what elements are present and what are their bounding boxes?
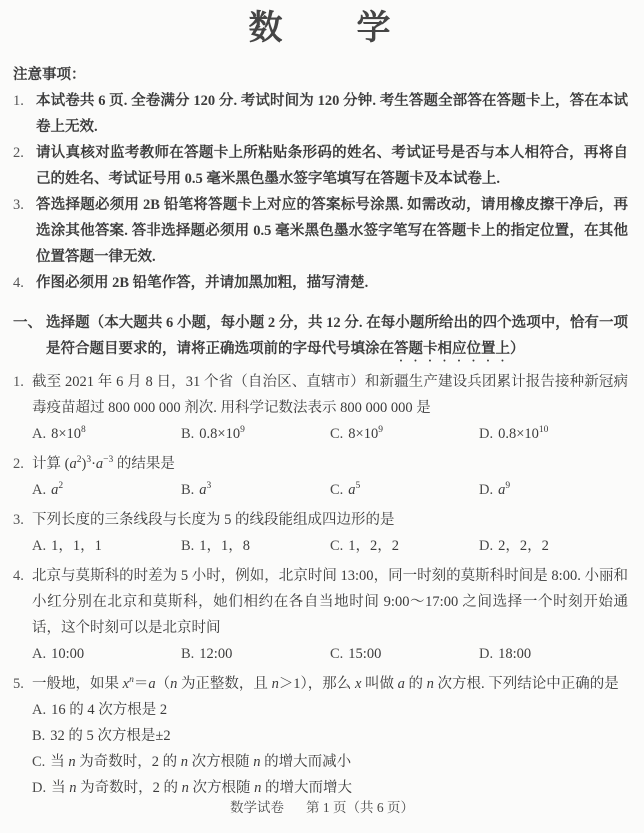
page-footer: 数学试卷第 1 页（共 6 页） bbox=[0, 795, 644, 821]
question-4: 4. 北京与莫斯科的时差为 5 小时，例如，北京时间 13:00，同一时刻的莫斯… bbox=[13, 563, 628, 667]
notice-item: 4. 作图必须用 2B 铅笔作答，并请加黑加粗，描写清楚. bbox=[13, 270, 628, 296]
option-label: A. bbox=[32, 426, 46, 442]
notice-item: 1. 本试卷共 6 页. 全卷满分 120 分. 考试时间为 120 分钟. 考… bbox=[13, 88, 628, 140]
option-text: a5 bbox=[348, 482, 360, 498]
option-label: B. bbox=[181, 646, 194, 662]
option-text: 当 n 为奇数时，2 的 n 次方根随 n 的增大而减小 bbox=[50, 754, 351, 770]
option-label: A. bbox=[32, 538, 46, 554]
option-A: A.16 的 4 次方根是 2 bbox=[32, 697, 628, 723]
option-label: C. bbox=[330, 538, 343, 554]
question-stem: 下列长度的三条线段与长度为 5 的线段能组成四边形的是 bbox=[32, 507, 628, 533]
option-text: 32 的 5 次方根是±2 bbox=[50, 728, 170, 744]
option-label: C. bbox=[330, 482, 343, 498]
option-text: a2 bbox=[51, 482, 63, 498]
option-label: C. bbox=[330, 646, 343, 662]
option-A: A.a2 bbox=[32, 477, 181, 503]
option-label: C. bbox=[330, 426, 343, 442]
option-A: A.10:00 bbox=[32, 641, 181, 667]
option-label: B. bbox=[181, 426, 194, 442]
option-label: A. bbox=[32, 482, 46, 498]
question-stem: 北京与莫斯科的时差为 5 小时，例如，北京时间 13:00，同一时刻的莫斯科时间… bbox=[32, 563, 628, 641]
options-row: A.8×108 B.0.8×109 C.8×109 D.0.8×1010 bbox=[13, 421, 628, 447]
option-label: D. bbox=[479, 482, 493, 498]
question-number: 4. bbox=[13, 563, 32, 641]
question-number: 3. bbox=[13, 507, 32, 533]
option-label: C. bbox=[32, 754, 45, 770]
options-row: A.1，1，1 B.1，1，8 C.1，2，2 D.2，2，2 bbox=[13, 533, 628, 559]
option-label: D. bbox=[479, 538, 493, 554]
option-text: 10:00 bbox=[51, 646, 84, 662]
option-label: B. bbox=[181, 482, 194, 498]
option-label: B. bbox=[32, 728, 45, 744]
option-C: C.1，2，2 bbox=[330, 533, 479, 559]
notice-item-text: 作图必须用 2B 铅笔作答，并请加黑加粗，描写清楚. bbox=[36, 270, 628, 296]
option-text: 1，1，8 bbox=[199, 538, 250, 554]
option-text: 1，1，1 bbox=[51, 538, 102, 554]
option-text: 0.8×1010 bbox=[498, 426, 548, 442]
section-heading-text: 选择题（本大题共 6 小题，每小题 2 分，共 12 分. 在每小题所给出的四个… bbox=[46, 310, 628, 365]
option-C: C.a5 bbox=[330, 477, 479, 503]
option-D: D.18:00 bbox=[479, 641, 628, 667]
options-row: A.a2 B.a3 C.a5 D.a9 bbox=[13, 477, 628, 503]
footer-doc-name: 数学试卷 bbox=[230, 800, 284, 815]
options-row: A.10:00 B.12:00 C.15:00 D.18:00 bbox=[13, 641, 628, 667]
option-text: 18:00 bbox=[498, 646, 531, 662]
question-stem: 截至 2021 年 6 月 8 日，31 个省（自治区、直辖市）和新疆生产建设兵… bbox=[32, 369, 628, 421]
option-text: 15:00 bbox=[348, 646, 381, 662]
option-text: 16 的 4 次方根是 2 bbox=[51, 702, 167, 718]
question-3: 3. 下列长度的三条线段与长度为 5 的线段能组成四边形的是 A.1，1，1 B… bbox=[13, 507, 628, 559]
option-A: A.8×108 bbox=[32, 421, 181, 447]
question-1: 1. 截至 2021 年 6 月 8 日，31 个省（自治区、直辖市）和新疆生产… bbox=[13, 369, 628, 447]
notice-item: 3. 答选择题必须用 2B 铅笔将答题卡上对应的答案标号涂黑. 如需改动，请用橡… bbox=[13, 192, 628, 270]
footer-page-info: 第 1 页（共 6 页） bbox=[306, 800, 414, 815]
question-number: 2. bbox=[13, 451, 32, 477]
option-C: C.15:00 bbox=[330, 641, 479, 667]
notice-item-text: 答选择题必须用 2B 铅笔将答题卡上对应的答案标号涂黑. 如需改动，请用橡皮擦干… bbox=[36, 192, 628, 270]
option-text: 8×109 bbox=[348, 426, 383, 442]
option-B: B.32 的 5 次方根是±2 bbox=[32, 723, 628, 749]
option-label: A. bbox=[32, 702, 46, 718]
question-stem: 一般地，如果 xn＝a（n 为正整数，且 n＞1），那么 x 叫做 a 的 n … bbox=[32, 671, 628, 697]
notice-item-number: 1. bbox=[13, 88, 36, 114]
option-label: A. bbox=[32, 646, 46, 662]
question-5: 5. 一般地，如果 xn＝a（n 为正整数，且 n＞1），那么 x 叫做 a 的… bbox=[13, 671, 628, 801]
exam-page: 数 学 注意事项： 1. 本试卷共 6 页. 全卷满分 120 分. 考试时间为… bbox=[0, 0, 644, 833]
option-C: C.8×109 bbox=[330, 421, 479, 447]
question-number: 1. bbox=[13, 369, 32, 421]
option-label: D. bbox=[479, 426, 493, 442]
option-D: D.a9 bbox=[479, 477, 628, 503]
option-text: 1，2，2 bbox=[348, 538, 399, 554]
notice-section: 注意事项： 1. 本试卷共 6 页. 全卷满分 120 分. 考试时间为 120… bbox=[13, 62, 628, 296]
notice-item-number: 4. bbox=[13, 270, 36, 296]
option-A: A.1，1，1 bbox=[32, 533, 181, 559]
option-label: D. bbox=[32, 780, 46, 796]
option-text: a9 bbox=[498, 482, 510, 498]
question-2: 2. 计算 (a2)3·a−3 的结果是 A.a2 B.a3 C.a5 D.a9 bbox=[13, 451, 628, 503]
option-text: 0.8×109 bbox=[199, 426, 245, 442]
page-title: 数 学 bbox=[13, 6, 628, 52]
option-text: 2，2，2 bbox=[498, 538, 549, 554]
question-stem: 计算 (a2)3·a−3 的结果是 bbox=[32, 451, 628, 477]
section-number: 一、 bbox=[13, 310, 46, 365]
option-B: B.1，1，8 bbox=[181, 533, 330, 559]
question-number: 5. bbox=[13, 671, 32, 697]
option-D: D.0.8×1010 bbox=[479, 421, 628, 447]
notice-item-text: 请认真核对监考教师在答题卡上所粘贴条形码的姓名、考试证号是否与本人相符合，再将自… bbox=[36, 140, 628, 192]
notice-heading: 注意事项： bbox=[13, 62, 628, 88]
section-one-heading: 一、 选择题（本大题共 6 小题，每小题 2 分，共 12 分. 在每小题所给出… bbox=[13, 310, 628, 365]
option-label: B. bbox=[181, 538, 194, 554]
option-text: 当 n 为奇数时，2 的 n 次方根随 n 的增大而增大 bbox=[51, 780, 352, 796]
option-B: B.12:00 bbox=[181, 641, 330, 667]
notice-item-text: 本试卷共 6 页. 全卷满分 120 分. 考试时间为 120 分钟. 考生答题… bbox=[36, 88, 628, 140]
notice-item-number: 2. bbox=[13, 140, 36, 166]
notice-item: 2. 请认真核对监考教师在答题卡上所粘贴条形码的姓名、考试证号是否与本人相符合，… bbox=[13, 140, 628, 192]
option-C: C.当 n 为奇数时，2 的 n 次方根随 n 的增大而减小 bbox=[32, 749, 628, 775]
option-text: 8×108 bbox=[51, 426, 86, 442]
options-column: A.16 的 4 次方根是 2 B.32 的 5 次方根是±2 C.当 n 为奇… bbox=[13, 697, 628, 801]
option-text: a3 bbox=[199, 482, 211, 498]
option-text: 12:00 bbox=[199, 646, 232, 662]
option-label: D. bbox=[479, 646, 493, 662]
option-B: B.a3 bbox=[181, 477, 330, 503]
option-B: B.0.8×109 bbox=[181, 421, 330, 447]
notice-item-number: 3. bbox=[13, 192, 36, 218]
option-D: D.2，2，2 bbox=[479, 533, 628, 559]
